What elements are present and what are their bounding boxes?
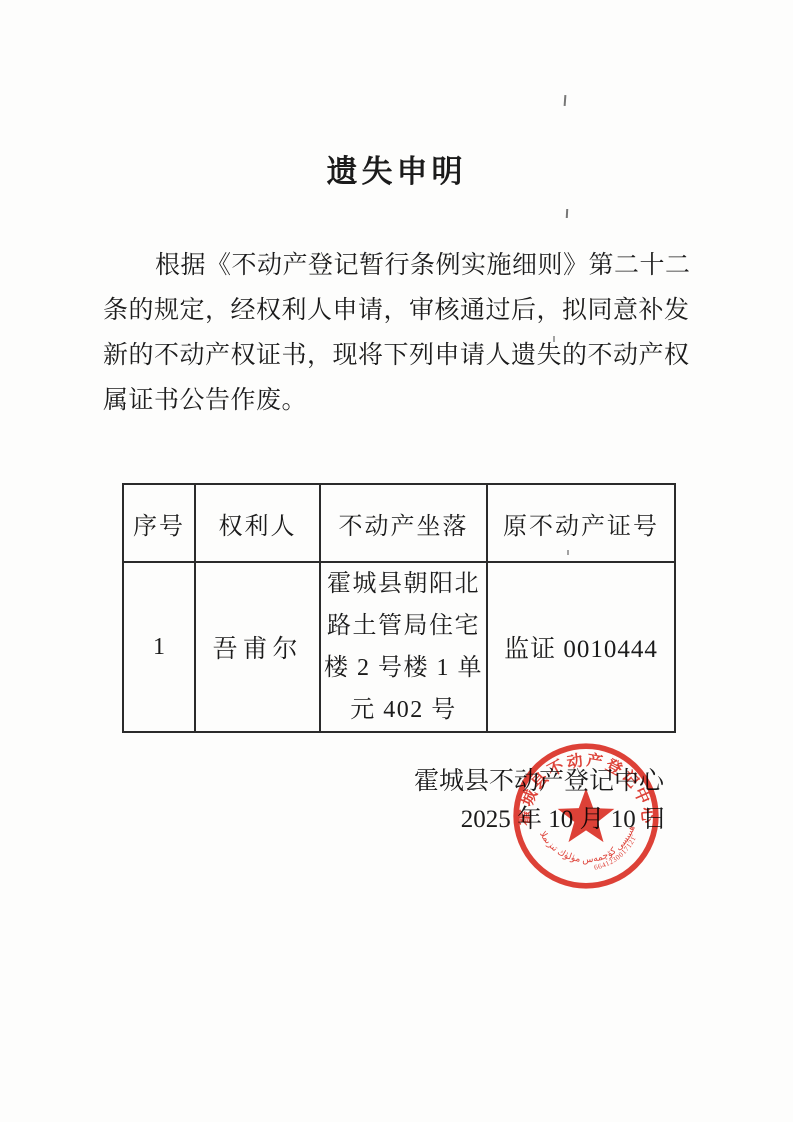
header-cert-no: 原不动产证号 bbox=[487, 484, 675, 562]
cell-cert-no: 监证 0010444 bbox=[487, 562, 675, 732]
paragraph-line: 属证书公告作废。 bbox=[103, 378, 682, 423]
header-location: 不动产坐落 bbox=[320, 484, 487, 562]
document-page: 遗失申明 根据《不动产登记暂行条例实施细则》第二十二 条的规定，经权利人申请，审… bbox=[0, 0, 793, 1122]
header-seq: 序号 bbox=[123, 484, 195, 562]
body-paragraph: 根据《不动产登记暂行条例实施细则》第二十二 条的规定，经权利人申请，审核通过后，… bbox=[103, 243, 682, 423]
scan-mark bbox=[564, 95, 567, 106]
header-holder: 权利人 bbox=[195, 484, 320, 562]
scan-mark bbox=[566, 209, 568, 218]
paragraph-line: 根据《不动产登记暂行条例实施细则》第二十二 bbox=[103, 243, 682, 288]
cell-holder: 吾甫尔 bbox=[195, 562, 320, 732]
official-seal: 霍城县不动产登记中心 قورغاس ناھىيىسى كۆچمەس مۈلۈك … bbox=[510, 740, 662, 892]
table-header-row: 序号 权利人 不动产坐落 原不动产证号 bbox=[123, 484, 675, 562]
cell-location: 霍城县朝阳北 路土管局住宅 楼 2 号楼 1 单 元 402 号 bbox=[320, 562, 487, 732]
cell-seq: 1 bbox=[123, 562, 195, 732]
paragraph-line: 新的不动产权证书，现将下列申请人遗失的不动产权 bbox=[103, 333, 682, 378]
document-title: 遗失申明 bbox=[0, 146, 793, 191]
paragraph-line: 条的规定，经权利人申请，审核通过后，拟同意补发 bbox=[103, 288, 682, 333]
seal-star bbox=[558, 788, 615, 842]
lost-certificates-table: 序号 权利人 不动产坐落 原不动产证号 1 吾甫尔 霍城县朝阳北 路土管局住宅 … bbox=[122, 483, 676, 733]
table-row: 1 吾甫尔 霍城县朝阳北 路土管局住宅 楼 2 号楼 1 单 元 402 号 监… bbox=[123, 562, 675, 732]
